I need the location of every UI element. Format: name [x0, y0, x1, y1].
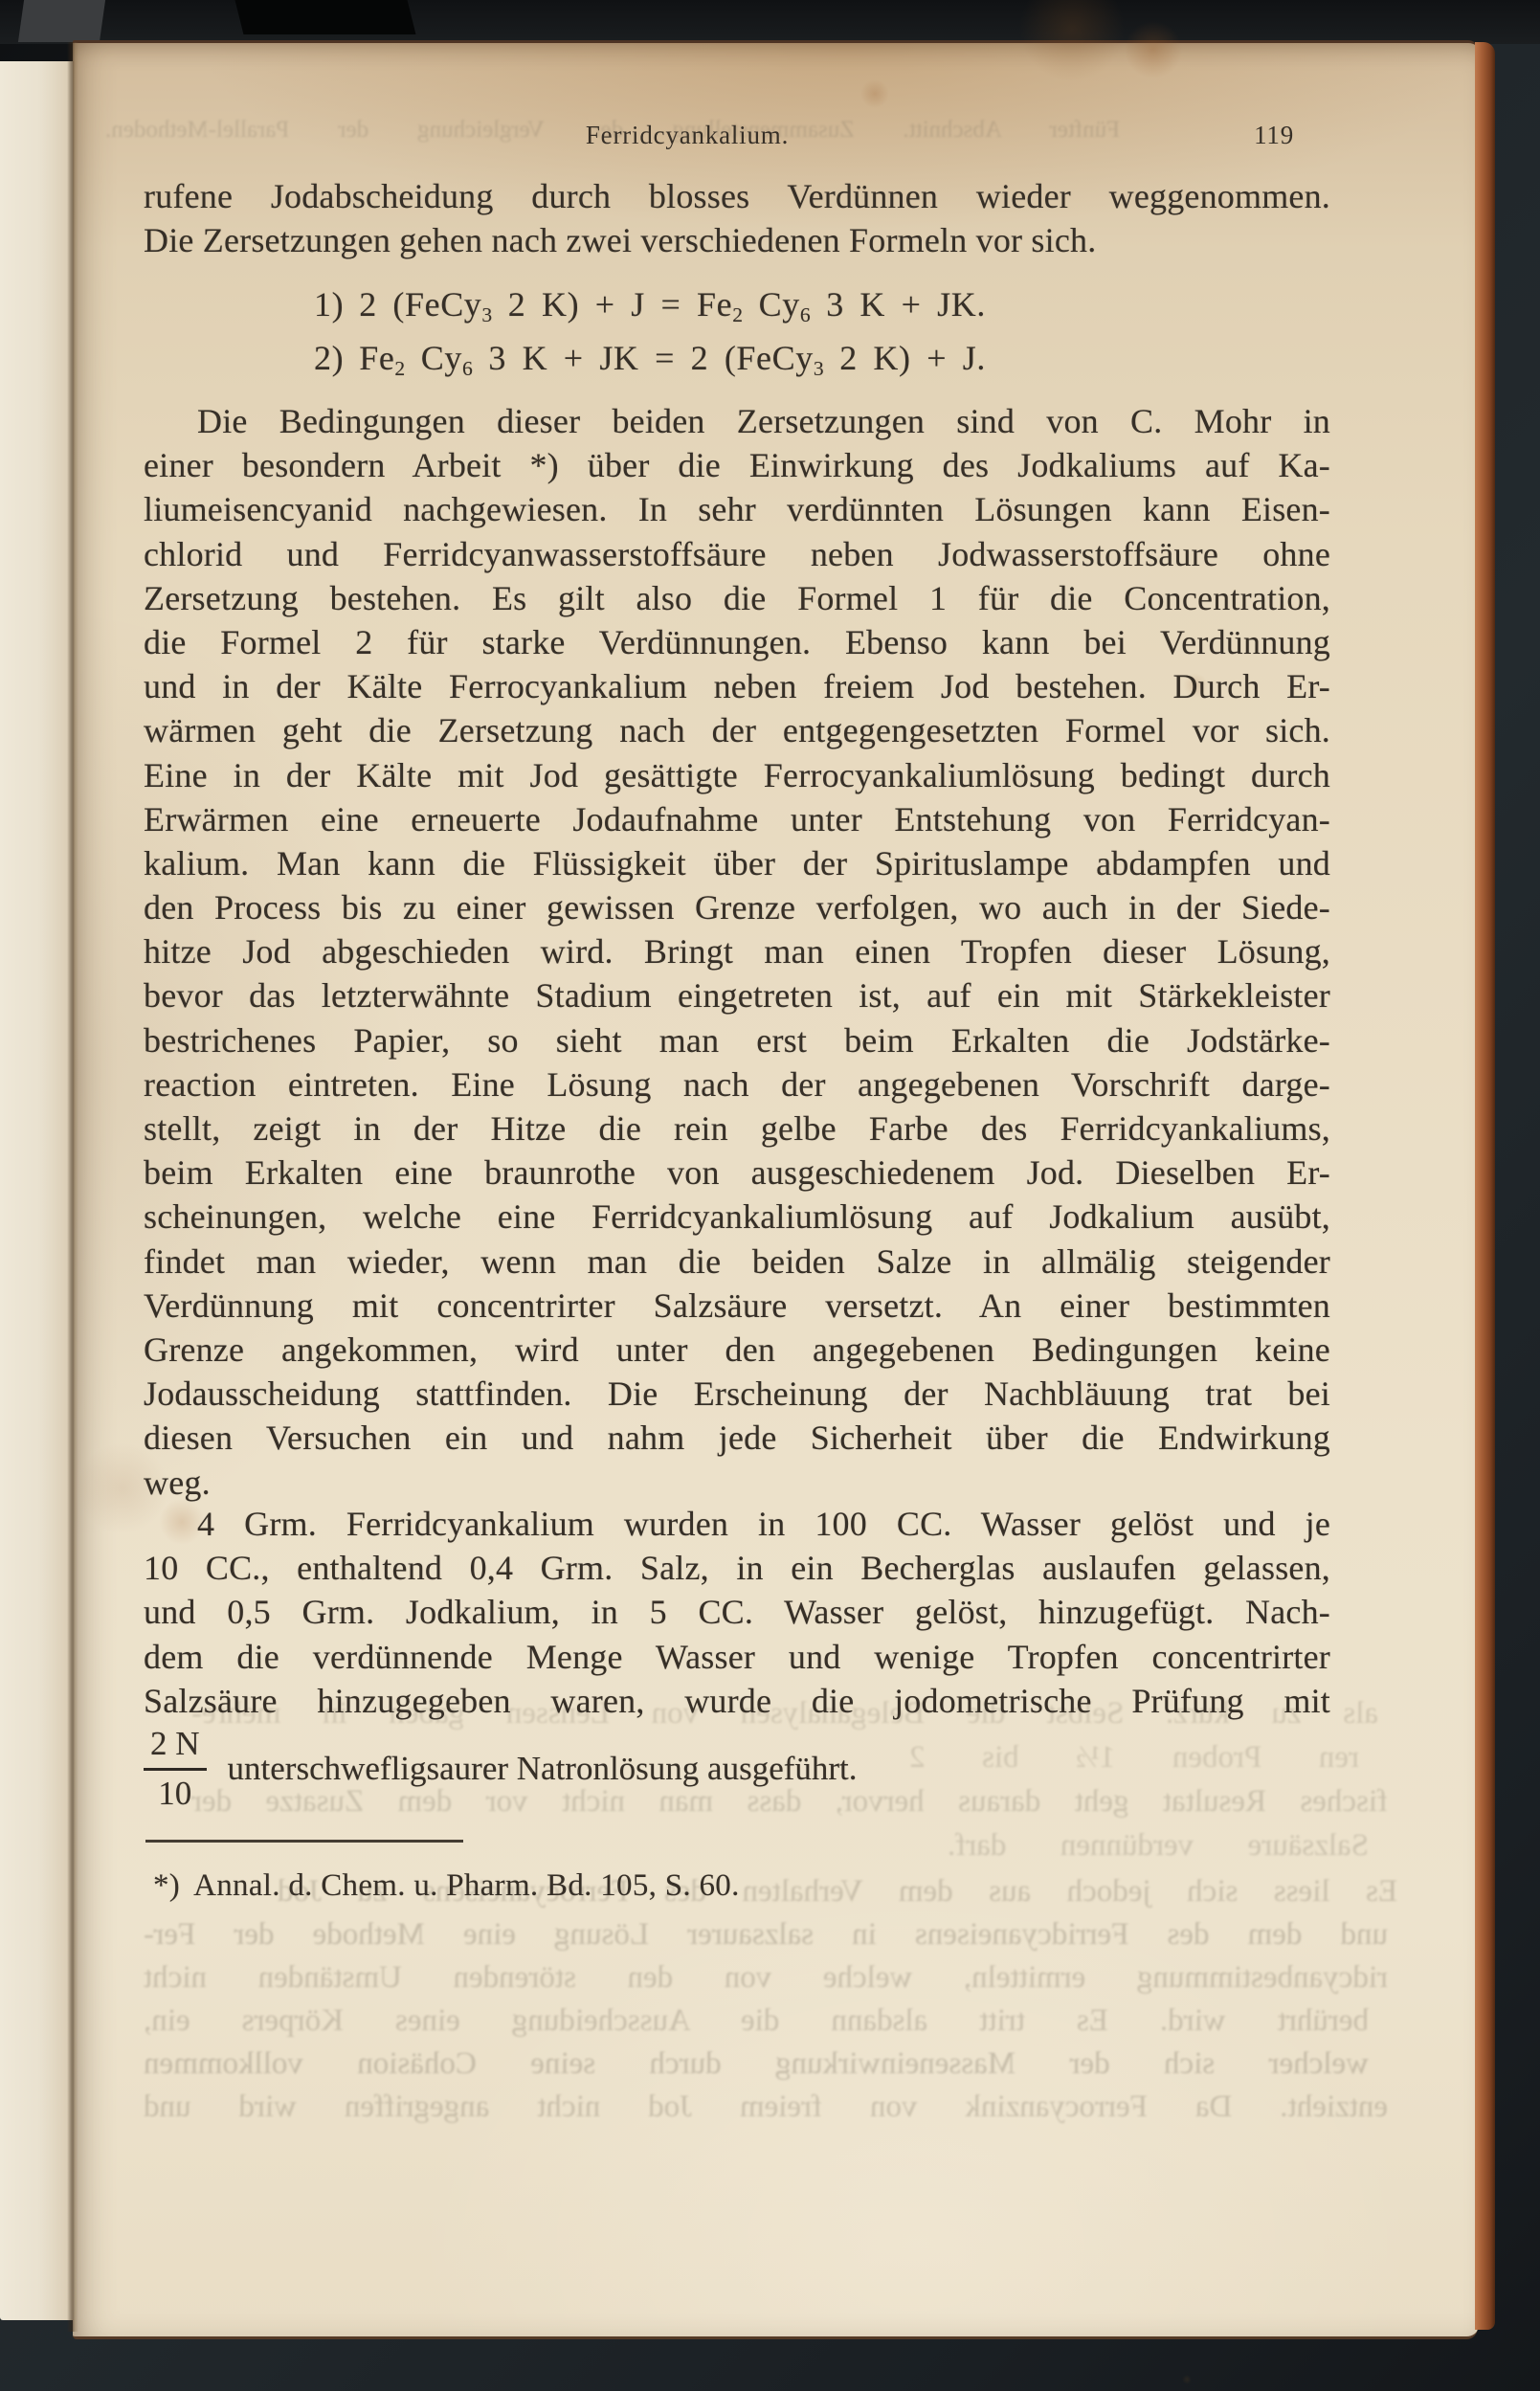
- formula-row: 1)2 (FeCy3 2 K) + J = Fe2 Cy6 3 K + JK.: [314, 283, 986, 337]
- text-line: Salzsäure hinzugegeben waren, wurde die …: [144, 1679, 1330, 1723]
- page-number: 119: [1254, 121, 1294, 150]
- page-content: Ferridcyankalium. 119 rufene Jodabscheid…: [144, 0, 1330, 2391]
- formula-row: 2)Fe2 Cy6 3 K + JK = 2 (FeCy3 2 K) + J.: [314, 337, 986, 391]
- running-header-title: Ferridcyankalium.: [94, 121, 1281, 150]
- gutter-crease: [67, 42, 78, 2332]
- binding-spine-highlight: [18, 0, 105, 42]
- text-line: dem die verdünnende Menge Wasser und wen…: [144, 1635, 1330, 1679]
- text-line: einer besondern Arbeit *) über die Einwi…: [144, 443, 1330, 487]
- text-line: bestrichenes Papier, so sieht man erst b…: [144, 1018, 1330, 1062]
- text-line: und in der Kälte Ferrocyankalium neben f…: [144, 664, 1330, 708]
- chemical-formulas: 1)2 (FeCy3 2 K) + J = Fe2 Cy6 3 K + JK.2…: [314, 283, 986, 391]
- text-line: die Formel 2 für starke Verdünnungen. Eb…: [144, 620, 1330, 664]
- formula-label: 1): [314, 283, 344, 337]
- footnote: *)Annal. d. Chem. u. Pharm. Bd. 105, S. …: [153, 1868, 740, 1904]
- text-line: kalium. Man kann die Flüssigkeit über de…: [144, 841, 1330, 885]
- text-line: scheinungen, welche eine Ferridcyankaliu…: [144, 1195, 1330, 1239]
- text-line: Die Zersetzungen gehen nach zwei verschi…: [144, 218, 1330, 262]
- text-line: den Process bis zu einer gewissen Grenze…: [144, 885, 1330, 929]
- text-line: Jodausscheidung stattfinden. Die Erschei…: [144, 1372, 1330, 1416]
- text-line: reaction eintreten. Eine Lösung nach der…: [144, 1062, 1330, 1106]
- fraction-numerator: 2 N: [144, 1723, 207, 1771]
- paragraph-intro: rufene Jodabscheidung durch blosses Verd…: [144, 174, 1330, 262]
- formula-text: 2 (FeCy3 2 K) + J = Fe2 Cy6 3 K + JK.: [359, 283, 986, 337]
- fraction-line-text: unterschwefligsaurer Natronlösung ausgef…: [228, 1750, 858, 1788]
- page-fore-edge: [1475, 42, 1495, 2330]
- text-line: wärmen geht die Zersetzung nach der entg…: [144, 708, 1330, 752]
- text-line: chlorid und Ferridcyanwasserstoffsäure n…: [144, 532, 1330, 576]
- text-line: weg.: [144, 1461, 1330, 1505]
- book-scan: Fünfter Abschnitt. Zusammenstellung der …: [0, 0, 1540, 2391]
- footnote-text: Annal. d. Chem. u. Pharm. Bd. 105, S. 60…: [193, 1868, 740, 1903]
- text-line: Die Bedingungen dieser beiden Zersetzung…: [144, 399, 1330, 443]
- formula-text: Fe2 Cy6 3 K + JK = 2 (FeCy3 2 K) + J.: [359, 337, 986, 391]
- paragraph-main: Die Bedingungen dieser beiden Zersetzung…: [144, 399, 1330, 1505]
- fraction: 2 N 10: [144, 1723, 207, 1815]
- text-line: hitze Jod abgeschieden wird. Bringt man …: [144, 929, 1330, 973]
- text-line: beim Erkalten eine braunrothe von ausges…: [144, 1151, 1330, 1195]
- text-line: diesen Versuchen ein und nahm jede Siche…: [144, 1416, 1330, 1460]
- text-line: 4 Grm. Ferridcyankalium wurden in 100 CC…: [144, 1502, 1330, 1546]
- footnote-rule: [145, 1840, 463, 1843]
- facing-page-sliver: [0, 61, 73, 2320]
- text-line: stellt, zeigt in der Hitze die rein gelb…: [144, 1106, 1330, 1151]
- running-header: Ferridcyankalium. 119: [144, 121, 1330, 161]
- fraction-denominator: 10: [158, 1771, 191, 1815]
- text-line: bevor das letzterwähnte Stadium eingetre…: [144, 973, 1330, 1017]
- text-line: Grenze angekommen, wird unter den angege…: [144, 1328, 1330, 1372]
- text-line: und 0,5 Grm. Jodkalium, in 5 CC. Wasser …: [144, 1590, 1330, 1634]
- text-line: Erwärmen eine erneuerte Jodaufnahme unte…: [144, 797, 1330, 841]
- text-line: liumeisencyanid nachgewiesen. In sehr ve…: [144, 487, 1330, 531]
- text-line: 10 CC., enthaltend 0,4 Grm. Salz, in ein…: [144, 1546, 1330, 1590]
- text-line: Eine in der Kälte mit Jod gesättigte Fer…: [144, 753, 1330, 797]
- fraction-line: 2 N 10 unterschwefligsaurer Natronlösung…: [144, 1723, 858, 1815]
- text-line: Verdünnung mit concentrirter Salzsäure v…: [144, 1284, 1330, 1328]
- footnote-marker: *): [153, 1868, 180, 1903]
- text-line: Zersetzung bestehen. Es gilt also die Fo…: [144, 576, 1330, 620]
- text-line: findet man wieder, wenn man die beiden S…: [144, 1240, 1330, 1284]
- text-line: rufene Jodabscheidung durch blosses Verd…: [144, 174, 1330, 218]
- paragraph-experiment: 4 Grm. Ferridcyankalium wurden in 100 CC…: [144, 1502, 1330, 1723]
- formula-label: 2): [314, 337, 344, 391]
